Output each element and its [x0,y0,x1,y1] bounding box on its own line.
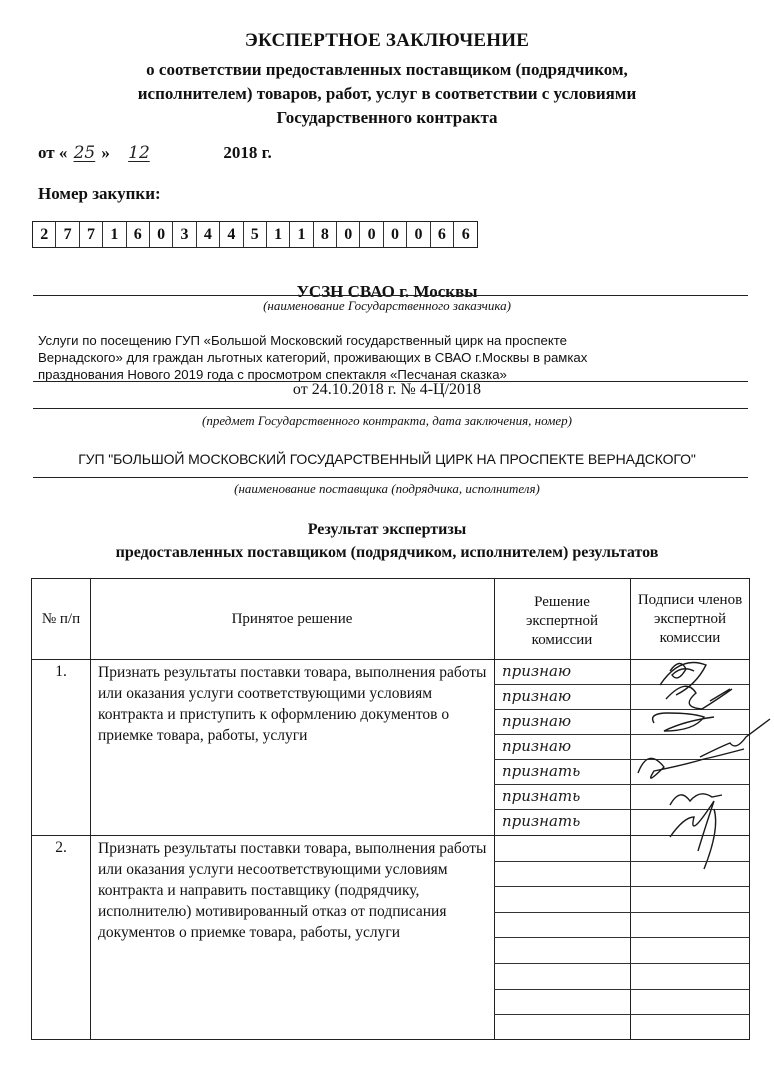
result-title-line-2: предоставленных поставщиком (подрядчиком… [0,541,774,564]
purchase-digit: 7 [56,222,79,247]
purchase-digit: 7 [80,222,103,247]
purchase-digit: 5 [244,222,267,247]
contract-subject-line-2: Вернадского» для граждан льготных катего… [38,349,748,366]
subrow-divider [494,886,749,887]
subrow-divider [494,937,749,938]
purchase-digit: 2 [33,222,56,247]
purchase-number-boxes: 2 7 7 1 6 0 3 4 4 5 1 1 8 0 0 0 0 6 6 [32,221,478,248]
purchase-digit: 6 [454,222,477,247]
purchase-digit: 3 [173,222,196,247]
purchase-digit: 1 [267,222,290,247]
commission-decision-1: признаю [502,662,571,680]
purchase-digit: 4 [197,222,220,247]
commission-decision-7: признать [502,812,580,830]
row-divider [32,835,749,836]
purchase-digit: 1 [103,222,126,247]
document-subtitle-line-2: исполнителем) товаров, работ, услуг в со… [0,82,774,106]
date-year: 2018 г. [223,143,271,162]
subrow-divider [494,989,749,990]
supplier-caption: (наименование поставщика (подрядчика, ис… [0,481,774,497]
purchase-digit: 0 [407,222,430,247]
commission-decision-3: признаю [502,712,571,730]
purchase-digit: 6 [431,222,454,247]
date-mid: » [101,143,110,162]
purchase-digit: 0 [360,222,383,247]
contract-subject: Услуги по посещению ГУП «Большой Московс… [38,332,748,383]
commission-decision-4: признаю [502,737,571,755]
customer-caption: (наименование Государственного заказчика… [0,298,774,314]
expertise-result-table: № п/п Принятое решение Решение экспертно… [31,578,750,1040]
supplier-name: ГУП "БОЛЬШОЙ МОСКОВСКИЙ ГОСУДАРСТВЕННЫЙ … [0,451,774,467]
subrow-divider [494,861,749,862]
customer-underline [33,295,748,296]
header-commission-decision: Решение экспертной комиссии [502,583,622,659]
row-2-text: Признать результаты поставки товара, вып… [98,838,493,943]
subrow-divider [494,912,749,913]
signatures-scribble-icon [630,639,774,879]
purchase-digit: 4 [220,222,243,247]
row-1-text: Признать результаты поставки товара, вып… [98,662,493,746]
date-day: 25 [67,143,101,163]
commission-decision-5: признать [502,762,580,780]
purchase-digit: 0 [150,222,173,247]
subrow-divider [494,963,749,964]
contract-subject-line-1: Услуги по посещению ГУП «Большой Московс… [38,332,748,349]
header-num: № п/п [32,579,90,659]
purchase-digit: 8 [314,222,337,247]
result-title-line-1: Результат экспертизы [0,518,774,541]
date-prefix: от « [38,143,67,162]
date-month: 12 [114,143,219,163]
commission-decision-2: признаю [502,687,571,705]
subrow-divider [494,1014,749,1015]
purchase-digit: 0 [384,222,407,247]
commission-decision-6: признать [502,787,580,805]
purchase-digit: 0 [337,222,360,247]
contract-caption: (предмет Государственного контракта, дат… [0,413,774,429]
contract-date-number: от 24.10.2018 г. № 4-Ц/2018 [0,381,774,399]
contract-number-underline [33,408,748,409]
purchase-digit: 6 [127,222,150,247]
purchase-number-label: Номер закупки: [38,184,161,204]
header-decision: Принятое решение [90,579,494,659]
row-2-num: 2. [32,839,90,857]
row-1-num: 1. [32,663,90,681]
document-date: от «25» 12 2018 г. [38,143,272,163]
supplier-underline [33,477,748,478]
document-subtitle-line-3: Государственного контракта [0,106,774,130]
document-subtitle-line-1: о соответствии предоставленных поставщик… [0,58,774,82]
document-title: ЭКСПЕРТНОЕ ЗАКЛЮЧЕНИЕ [0,30,774,52]
purchase-digit: 1 [290,222,313,247]
